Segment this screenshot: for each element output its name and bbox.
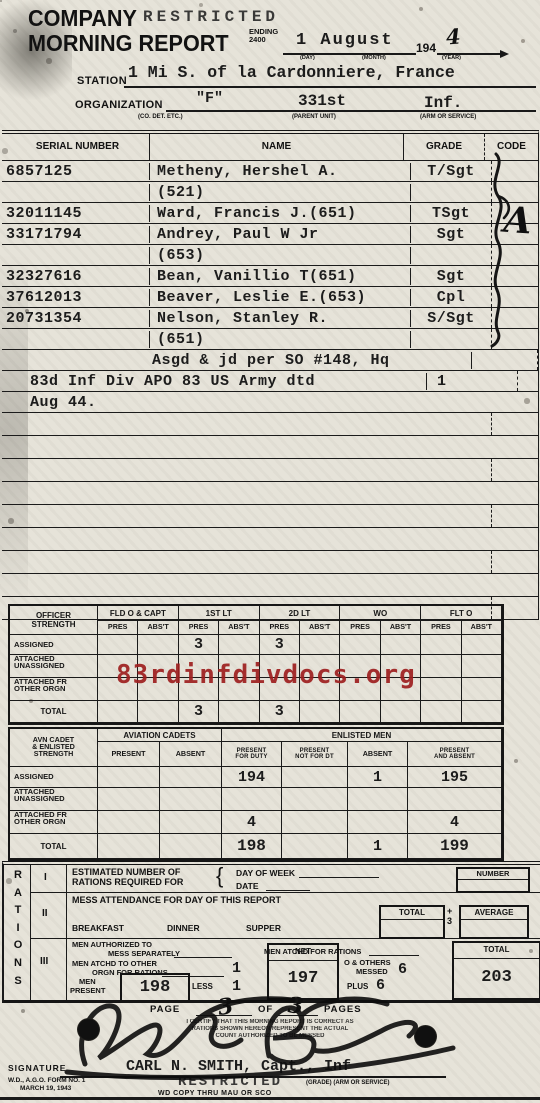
row-attached-unassigned-label: ATTACHED UNASSIGNED (10, 655, 98, 678)
group-1st-lt: 1ST LT (179, 606, 260, 621)
date-label: DATE (236, 882, 259, 891)
row-attached-unassigned-label: ATTACHED UNASSIGNED (10, 788, 98, 811)
row-attached-other-label: ATTACHED FR OTHER ORGN (10, 678, 98, 701)
enlisted-strength-title: AVN CADET & ENLISTED STRENGTH (10, 729, 98, 767)
report-date-value: 1 August (296, 31, 394, 50)
men-authorized-label-2: MESS SEPARATELY (108, 950, 180, 958)
year-prefix: 194 (416, 42, 436, 55)
col-cadets-absent: ABSENT (160, 742, 222, 767)
roster-row-1: 6857125 Metheny, Hershel A. T/Sgt (2, 161, 538, 182)
restricted-stamp-top: RESTRICTED (143, 8, 279, 26)
subcol-abst: ABS'T (381, 621, 421, 635)
officer-strength-title: OFFICER STRENGTH (10, 606, 98, 635)
serial-value: 32327616 (2, 268, 149, 285)
row-assigned-label: ASSIGNED (10, 767, 98, 788)
form-number-line-2: MARCH 19, 1943 (20, 1086, 71, 1093)
year-sublabel: (YEAR) (442, 56, 461, 62)
roster-remark-row-1: Asgd & jd per SO #148, Hq (2, 350, 538, 371)
organization-underline (166, 110, 536, 112)
roster-blank-row (2, 551, 538, 574)
col-present-for-duty: PRESENT FOR DUTY (222, 742, 282, 767)
year-digit-handwritten: 4 (445, 24, 461, 50)
officer-total-2d-lt-pres: 3 (260, 701, 300, 723)
code-letter-A: A (499, 199, 533, 243)
group-aviation-cadets: AVIATION CADETS (98, 729, 222, 742)
divide-three: 3 (447, 917, 452, 926)
men-present-label-1: MEN (79, 978, 96, 986)
date-blank (266, 890, 310, 891)
row-total-label: TOTAL (10, 834, 98, 859)
group-enlisted-men: ENLISTED MEN (222, 729, 502, 742)
row-attached-other-label: ATTACHED FR OTHER ORGN (10, 811, 98, 834)
roster-row-6: 32327616 Bean, Vanillio T(651) Sgt (2, 266, 538, 287)
col-serial-number: SERIAL NUMBER (2, 134, 149, 160)
remark-text: 83d Inf Div APO 83 US Army dtd (2, 373, 427, 390)
bottom-edge-rule (0, 1097, 540, 1100)
group-flt-o: FLT O (421, 606, 502, 621)
subcol-pres: PRES (340, 621, 380, 635)
mess-attendance-label: MESS ATTENDANCE FOR DAY OF THIS REPORT (72, 896, 281, 905)
ending-time: 2400 (249, 36, 266, 44)
subcol-abst: ABS'T (138, 621, 178, 635)
serial-value: 32011145 (2, 205, 149, 222)
name-value: (651) (149, 331, 411, 348)
dinner-label: DINNER (167, 924, 200, 933)
subcol-pres: PRES (260, 621, 300, 635)
rations-numeral-1: I (44, 873, 47, 884)
org-regiment-value: 331st (298, 92, 346, 110)
footer-section: PAGE 3 OF 3 PAGES I CERTIFY THAT THIS MO… (0, 996, 540, 1103)
mess-separately-blank (174, 957, 232, 958)
subcol-abst: ABS'T (300, 621, 340, 635)
enlisted-total-pfd: 198 (222, 834, 282, 859)
group-fld-o-capt: FLD O & CAPT (98, 606, 179, 621)
rations-total-value: 203 (454, 959, 539, 995)
roster-blank-row (2, 574, 538, 597)
subcol-abst: ABS'T (219, 621, 259, 635)
day-of-week-label: DAY OF WEEK (236, 869, 295, 878)
less-label: LESS (192, 983, 213, 991)
roster-row-4: 33171794 Andrey, Paul W Jr Sgt (2, 224, 538, 245)
remark-text: Aug 44. (2, 394, 538, 411)
station-label: STATION (77, 76, 127, 88)
punch-hole-left (77, 1018, 100, 1041)
roster-remark-row-3: Aug 44. (2, 392, 538, 413)
name-value: Metheny, Hershel A. (149, 163, 411, 180)
serial-value: 33171794 (2, 226, 149, 243)
officer-assigned-2d-lt-pres: 3 (260, 635, 300, 655)
roster-row-9: (651) (2, 329, 538, 350)
remark-grade-value: 1 (427, 373, 517, 390)
breakfast-label: BREAKFAST (72, 924, 124, 933)
col-enlisted-absent: ABSENT (348, 742, 408, 767)
col-present-and-absent: PRESENT AND ABSENT (408, 742, 502, 767)
form-title-line1: COMPANY (28, 6, 137, 30)
group-wo: WO (340, 606, 421, 621)
enlisted-total-pa: 199 (408, 834, 502, 859)
day-of-week-blank (299, 877, 379, 878)
station-value: 1 Mi S. of la Cardonniere, France (128, 63, 455, 82)
others-messed-label-1: O & OTHERS (344, 959, 391, 967)
serial-value: 20731354 (2, 310, 149, 327)
enlisted-attached-other-pa: 4 (408, 811, 502, 834)
name-value: (653) (149, 247, 411, 264)
roster-header-row: SERIAL NUMBER NAME GRADE CODE (2, 134, 538, 161)
row-assigned-label: ASSIGNED (10, 635, 98, 655)
group-2d-lt: 2D LT (260, 606, 341, 621)
roster-blank-row (2, 413, 538, 436)
mess-average-box: AVERAGE (459, 905, 529, 939)
col-cadets-present: PRESENT (98, 742, 160, 767)
col-present-not-for-duty: PRESENT NOT FOR DT (282, 742, 348, 767)
roster-blank-row (2, 528, 538, 551)
roster-row-7: 37612013 Beaver, Leslie E.(653) Cpl (2, 287, 538, 308)
men-atchd-blank (369, 955, 419, 956)
officer-total-1st-lt-pres: 3 (179, 701, 219, 723)
roster-blank-row (2, 436, 538, 459)
enlisted-strength-table: AVN CADET & ENLISTED STRENGTH AVIATION C… (8, 727, 504, 861)
org-company-sublabel: (CO. DET. ETC.) (138, 114, 183, 120)
rations-divider-2 (66, 865, 67, 1000)
roster-row-5: (653) (2, 245, 538, 266)
enlisted-assigned-pa: 195 (408, 767, 502, 788)
day-sublabel: (DAY) (300, 56, 315, 62)
enlisted-assigned-pfd: 194 (222, 767, 282, 788)
roster-blank-row (2, 505, 538, 528)
rations-numeral-2: II (42, 909, 48, 920)
serial-value: 37612013 (2, 289, 149, 306)
name-value: (521) (149, 184, 411, 201)
rations-numeral-3: III (40, 957, 48, 968)
enlisted-total-absent: 1 (348, 834, 408, 859)
roster-blank-row (2, 459, 538, 482)
org-company-value: "F" (196, 90, 223, 107)
org-branch-sublabel: (ARM OR SERVICE) (420, 114, 476, 120)
organization-label: ORGANIZATION (75, 100, 163, 112)
net-value: 197 (269, 961, 337, 995)
roster-table: SERIAL NUMBER NAME GRADE CODE 6857125 Me… (2, 130, 539, 620)
supper-label: SUPPER (246, 924, 281, 933)
roster-row-3: 32011145 Ward, Francis J.(651) TSgt (2, 203, 538, 224)
org-regiment-sublabel: (PARENT UNIT) (292, 114, 336, 120)
site-watermark: 83rdinfdivdocs.org (116, 660, 416, 690)
mess-total-box: TOTAL (379, 905, 445, 939)
number-box: NUMBER (456, 867, 530, 893)
punch-hole-right (414, 1025, 437, 1048)
enlisted-assigned-absent: 1 (348, 767, 408, 788)
rations-section: R A T I O N S I II III ESTIMATED NUMBER … (2, 861, 540, 1003)
others-messed-value: 6 (398, 961, 407, 978)
serial-value: 6857125 (2, 163, 149, 180)
subcol-pres: PRES (179, 621, 219, 635)
name-value: Ward, Francis J.(651) (149, 205, 411, 222)
subcol-pres: PRES (421, 621, 461, 635)
roster-blank-row (2, 482, 538, 505)
station-underline (124, 86, 536, 88)
plus-label: PLUS (347, 983, 368, 991)
name-value: Beaver, Leslie E.(653) (149, 289, 411, 306)
form-brace: { (216, 864, 223, 887)
month-sublabel: (MONTH) (362, 56, 386, 62)
rations-vertical-label: R A T I O N S (11, 867, 25, 990)
col-name: NAME (149, 134, 404, 160)
roster-row-2: (521) (2, 182, 538, 203)
code-cell (537, 350, 538, 370)
code-brace-annotation: A (468, 148, 538, 348)
others-messed-label-2: MESSED (356, 968, 388, 976)
officer-assigned-1st-lt-pres: 3 (179, 635, 219, 655)
code-cell (517, 371, 538, 391)
enlisted-attached-other-pfd: 4 (222, 811, 282, 834)
name-value: Andrey, Paul W Jr (149, 226, 411, 243)
row-total-label: TOTAL (10, 701, 98, 723)
roster-remark-row-2: 83d Inf Div APO 83 US Army dtd 1 (2, 371, 538, 392)
form-title-line2: MORNING REPORT (28, 31, 229, 55)
roster-row-8: 20731354 Nelson, Stanley R. S/Sgt (2, 308, 538, 329)
atchd-other-label-1: MEN ATCHD TO OTHER (72, 960, 157, 968)
morning-report-document: COMPANY MORNING REPORT RESTRICTED ENDING… (0, 0, 540, 1103)
remark-text: Asgd & jd per SO #148, Hq (2, 352, 472, 369)
atchd-other-value: 1 (232, 960, 241, 977)
subcol-abst: ABS'T (462, 621, 502, 635)
men-authorized-label-1: MEN AUTHORIZED TO (72, 941, 152, 949)
name-value: Bean, Vanillio T(651) (149, 268, 411, 285)
signature-scrawl (55, 992, 475, 1082)
rations-divider-1 (30, 865, 31, 1000)
subcol-pres: PRES (98, 621, 138, 635)
name-value: Nelson, Stanley R. (149, 310, 411, 327)
year-line-arrowhead (500, 50, 509, 58)
estimated-rations-label-2: RATIONS REQUIRED FOR (72, 878, 183, 887)
